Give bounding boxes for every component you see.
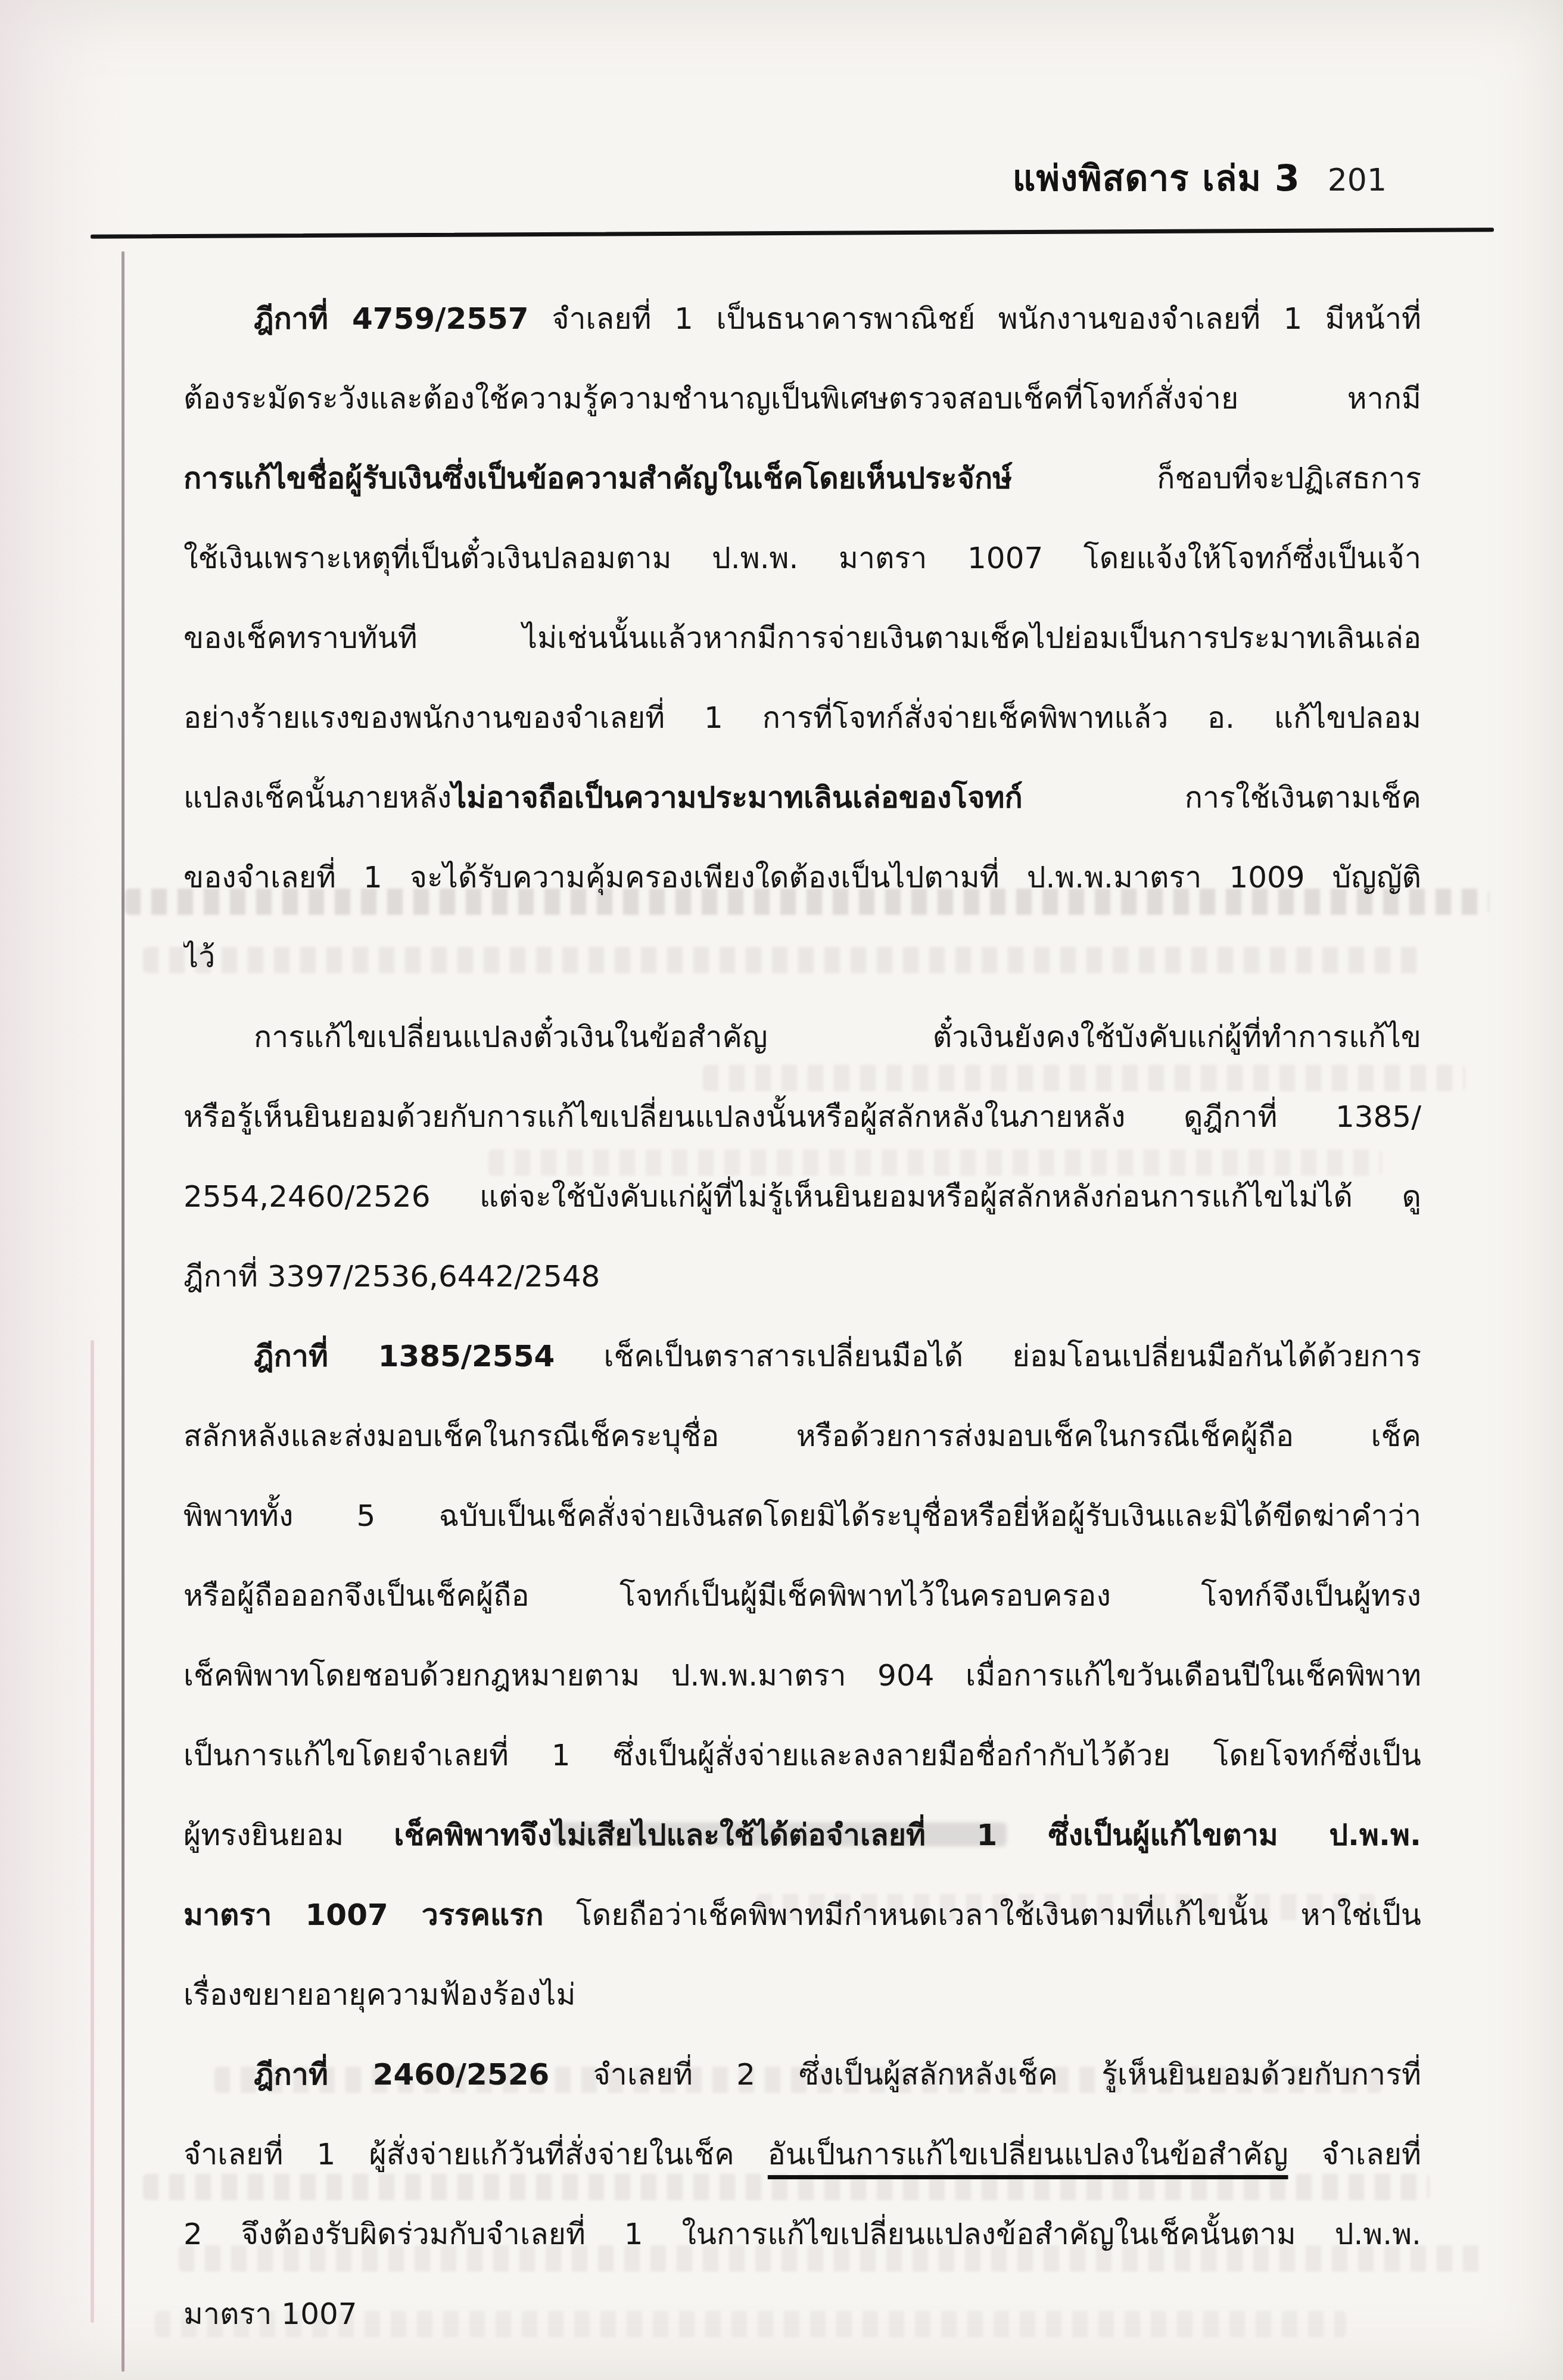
body-text: หรือผู้ถือออกจึงเป็นเช็คผู้ถือ โจทก์เป็น… bbox=[183, 1578, 1421, 1613]
bold-text: ฎีกาที่ 1385/2554 bbox=[254, 1339, 555, 1373]
bold-text: เช็คพิพาทจึงไม่เสียไปและใช้ได้ต่อจำเลยที… bbox=[394, 1818, 1421, 1852]
body-text: พิพาททั้ง 5 ฉบับเป็นเช็คสั่งจ่ายเงินสดโด… bbox=[183, 1499, 1421, 1533]
page-header: แพ่งพิสดาร เล่ม 3201 bbox=[1013, 150, 1387, 207]
body-text: เรื่องขยายอายุความฟ้องร้องไม่ bbox=[183, 1977, 575, 2012]
text-line: เป็นการแก้ไขโดยจำเลยที่ 1 ซึ่งเป็นผู้สั่… bbox=[183, 1715, 1421, 1795]
bold-text: การแก้ไขชื่อผู้รับเงินซึ่งเป็นข้อความสำค… bbox=[183, 461, 1012, 496]
text-line: ฎีกาที่ 2460/2526 จำเลยที่ 2 ซึ่งเป็นผู้… bbox=[183, 2035, 1421, 2114]
body-text: เช็คพิพาทโดยชอบด้วยกฎหมายตาม ป.พ.พ.มาตรา… bbox=[183, 1658, 1421, 1693]
body-text: การแก้ไขเปลี่ยนแปลงตั๋วเงินในข้อสำคัญ ตั… bbox=[254, 1020, 1421, 1054]
text-line: หรือผู้ถือออกจึงเป็นเช็คผู้ถือ โจทก์เป็น… bbox=[183, 1556, 1421, 1636]
page-edge-mark bbox=[91, 1340, 94, 2323]
text-line: 2 จึงต้องรับผิดร่วมกับจำเลยที่ 1 ในการแก… bbox=[183, 2194, 1421, 2274]
body-text: อย่างร้ายแรงของพนักงานของจำเลยที่ 1 การท… bbox=[183, 700, 1421, 735]
body-text: ฎีกาที่ 3397/2536,6442/2548 bbox=[183, 1259, 600, 1294]
header-rule bbox=[91, 228, 1494, 239]
body-text: ของเช็คทราบทันที ไม่เช่นนั้นแล้วหากมีการ… bbox=[183, 621, 1421, 655]
text-line: พิพาททั้ง 5 ฉบับเป็นเช็คสั่งจ่ายเงินสดโด… bbox=[183, 1476, 1421, 1556]
text-line: ฎีกาที่ 4759/2557 จำเลยที่ 1 เป็นธนาคารพ… bbox=[183, 279, 1421, 359]
text-line: หรือรู้เห็นยินยอมด้วยกับการแก้ไขเปลี่ยนแ… bbox=[183, 1077, 1421, 1157]
text-line: 2554,2460/2526 แต่จะใช้บังคับแก่ผู้ที่ไม… bbox=[183, 1157, 1421, 1236]
body-text: 2 จึงต้องรับผิดร่วมกับจำเลยที่ 1 ในการแก… bbox=[183, 2217, 1421, 2251]
bold-text: ฎีกาที่ 4759/2557 bbox=[254, 301, 529, 336]
body-text: แปลงเช็คนั้นภายหลัง bbox=[183, 780, 452, 815]
body-text: ใช้เงินเพราะเหตุที่เป็นตั๋วเงินปลอมตาม ป… bbox=[183, 541, 1421, 575]
text-line: ของเช็คทราบทันที ไม่เช่นนั้นแล้วหากมีการ… bbox=[183, 598, 1421, 678]
body-text: 2554,2460/2526 แต่จะใช้บังคับแก่ผู้ที่ไม… bbox=[183, 1179, 1421, 1214]
body-text: ผู้ทรงยินยอม bbox=[183, 1818, 394, 1852]
text-line: ฎีกาที่ 3397/2536,6442/2548 bbox=[183, 1236, 1421, 1316]
text-line: ฎีกาที่ 1385/2554 เช็คเป็นตราสารเปลี่ยนม… bbox=[183, 1316, 1421, 1396]
body-text: เป็นการแก้ไขโดยจำเลยที่ 1 ซึ่งเป็นผู้สั่… bbox=[183, 1738, 1421, 1772]
body-text: หรือรู้เห็นยินยอมด้วยกับการแก้ไขเปลี่ยนแ… bbox=[183, 1099, 1421, 1134]
body-text: สลักหลังและส่งมอบเช็คในกรณีเช็คระบุชื่อ … bbox=[183, 1419, 1421, 1453]
text-line: การแก้ไขเปลี่ยนแปลงตั๋วเงินในข้อสำคัญ ตั… bbox=[183, 997, 1421, 1077]
body-text: การใช้เงินตามเช็ค bbox=[1023, 780, 1421, 815]
text-line: จำเลยที่ 1 ผู้สั่งจ่ายแก้วันที่สั่งจ่ายใ… bbox=[183, 2114, 1421, 2194]
page-container: แพ่งพิสดาร เล่ม 3201 ฎีกาที่ 4759/2557 จ… bbox=[0, 0, 1563, 2380]
text-line: ของจำเลยที่ 1 จะได้รับความคุ้มครองเพียงใ… bbox=[183, 837, 1421, 917]
document-lines: ฎีกาที่ 4759/2557 จำเลยที่ 1 เป็นธนาคารพ… bbox=[183, 279, 1421, 2354]
bold-text: มาตรา 1007 วรรคแรก bbox=[183, 1898, 543, 1932]
header-page-number: 201 bbox=[1328, 163, 1387, 198]
text-line: เรื่องขยายอายุความฟ้องร้องไม่ bbox=[183, 1955, 1421, 2035]
text-line: ต้องระมัดระวังและต้องใช้ความรู้ความชำนาญ… bbox=[183, 359, 1421, 438]
body-text: เช็คเป็นตราสารเปลี่ยนมือได้ ย่อมโอนเปลี่… bbox=[555, 1339, 1421, 1373]
text-line: การแก้ไขชื่อผู้รับเงินซึ่งเป็นข้อความสำค… bbox=[183, 438, 1421, 518]
body-text: จำเลยที่ 2 ซึ่งเป็นผู้สลักหลังเช็ค รู้เห… bbox=[549, 2057, 1421, 2092]
underlined-text: อันเป็นการแก้ไขเปลี่ยนแปลงในข้อสำคัญ bbox=[768, 2137, 1288, 2172]
text-line: ไว้ bbox=[183, 917, 1421, 997]
text-line: อย่างร้ายแรงของพนักงานของจำเลยที่ 1 การท… bbox=[183, 678, 1421, 758]
binding-gutter-line bbox=[122, 251, 124, 2372]
body-text: จำเลยที่ 1 ผู้สั่งจ่ายแก้วันที่สั่งจ่ายใ… bbox=[183, 2137, 768, 2172]
body-text: ต้องระมัดระวังและต้องใช้ความรู้ความชำนาญ… bbox=[183, 381, 1421, 416]
header-title: แพ่งพิสดาร เล่ม 3 bbox=[1013, 158, 1300, 200]
body-text: จำเลยที่ 1 เป็นธนาคารพาณิชย์ พนักงานของจ… bbox=[529, 301, 1421, 336]
text-line: มาตรา 1007 bbox=[183, 2274, 1421, 2354]
bold-text: ฎีกาที่ 2460/2526 bbox=[254, 2057, 549, 2092]
body-text: จำเลยที่ bbox=[1288, 2137, 1421, 2172]
text-line: แปลงเช็คนั้นภายหลังไม่อาจถือเป็นความประม… bbox=[183, 758, 1421, 837]
body-text: โดยถือว่าเช็คพิพาทมีกำหนดเวลาใช้เงินตามท… bbox=[543, 1898, 1421, 1932]
text-line: มาตรา 1007 วรรคแรก โดยถือว่าเช็คพิพาทมีก… bbox=[183, 1875, 1421, 1955]
bold-text: ไม่อาจถือเป็นความประมาทเลินเล่อของโจทก์ bbox=[452, 780, 1023, 815]
body-text: มาตรา 1007 bbox=[183, 2297, 357, 2331]
text-line: สลักหลังและส่งมอบเช็คในกรณีเช็คระบุชื่อ … bbox=[183, 1396, 1421, 1476]
body-text: ไว้ bbox=[183, 940, 215, 974]
body-text: ของจำเลยที่ 1 จะได้รับความคุ้มครองเพียงใ… bbox=[183, 860, 1421, 895]
text-line: ผู้ทรงยินยอม เช็คพิพาทจึงไม่เสียไปและใช้… bbox=[183, 1795, 1421, 1875]
text-line: ใช้เงินเพราะเหตุที่เป็นตั๋วเงินปลอมตาม ป… bbox=[183, 518, 1421, 598]
text-line: เช็คพิพาทโดยชอบด้วยกฎหมายตาม ป.พ.พ.มาตรา… bbox=[183, 1636, 1421, 1715]
body-text: ก็ชอบที่จะปฏิเสธการ bbox=[1012, 461, 1421, 496]
